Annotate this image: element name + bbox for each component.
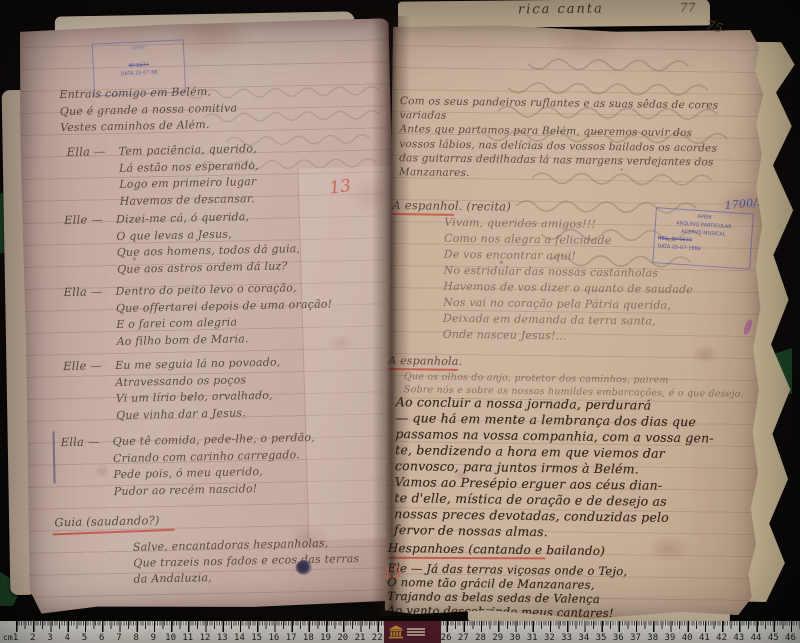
ruler-number: 5	[76, 633, 93, 643]
ruler-number: 17	[283, 633, 300, 643]
ruler-number: 28	[472, 633, 489, 643]
ruler-number: 33	[558, 633, 575, 643]
red-margin-number-15: 15	[382, 563, 402, 582]
ruler-number: 32	[541, 633, 558, 643]
badge-text-lines	[407, 627, 425, 638]
ruler-number: 1	[7, 633, 24, 643]
purple-ink-mark	[742, 318, 753, 335]
ruler-number: 19	[317, 633, 334, 643]
verse-lines: Dizei-me cá, ó querida,O que levas a Jes…	[116, 208, 301, 278]
verse-line: Pudor ao recém nascido!	[114, 479, 317, 500]
ruler-number: 34	[575, 633, 592, 643]
ruler-number: 18	[300, 633, 317, 643]
speaker-label: Ella —	[63, 284, 110, 351]
stamp-reg: Nº 1577	[128, 62, 149, 69]
verse-line: Que aos astros ordem dá luz?	[117, 258, 301, 278]
ruler-number: 38	[644, 633, 661, 643]
ruler-number: 20	[334, 633, 351, 643]
ruler-number: 40	[679, 633, 696, 643]
ruler-number: 16	[265, 633, 282, 643]
ruler-number: 3	[41, 633, 58, 643]
ruler-number: 12	[196, 633, 213, 643]
ruler-number: 45	[765, 633, 782, 643]
verse-line: Que vinha dar a Jesus.	[116, 404, 282, 424]
ruler-number: 46	[782, 633, 799, 643]
ruler-number: 44	[747, 633, 764, 643]
red-underline	[392, 213, 454, 216]
heading-hespanhoes: Hespanhoes (cantando e bailando)	[388, 541, 606, 558]
ruler-number: 4	[59, 633, 76, 643]
ruler-number: 37	[627, 633, 644, 643]
verse-line: Havemos de descansar.	[120, 190, 260, 209]
speaker-label: Elle —	[64, 212, 111, 279]
heading-espanhola: A espanhola.	[388, 354, 462, 368]
ruler-number: 14	[231, 633, 248, 643]
ruler-number: 7	[110, 633, 127, 643]
ruler-number: 39	[661, 633, 678, 643]
manuscript-photo: rica canta 77 APEM Nº 1577 DATA 25 07 88…	[0, 0, 800, 643]
speaker-label: Ella —	[67, 144, 114, 211]
ruler-number: 42	[713, 633, 730, 643]
verse-lines: Tem paciência, querido,Lá estão nos espe…	[118, 141, 259, 210]
heading-espanhol: A espanhol. (recita)	[392, 198, 511, 214]
verse-line: Vestes caminhos de Além.	[60, 116, 238, 136]
cue-guia: Guia (saudando?)	[54, 513, 159, 529]
verse-lines: Eu me seguia lá no povoado,Atravessando …	[115, 355, 282, 424]
left-page: APEM Nº 1577 DATA 25 07 88 Entrais comig…	[18, 18, 402, 614]
stamp-org: APEM	[96, 43, 180, 55]
speaker-label: Ella —	[61, 434, 108, 501]
dialogue-block-ella-1: Ella — Tem paciência, querido,Lá estão n…	[67, 141, 260, 211]
ruler-number: 36	[610, 633, 627, 643]
red-underline	[53, 529, 175, 536]
ruler-number: 31	[524, 633, 541, 643]
verse-line: da Andaluzia,	[133, 567, 360, 588]
ruler-number: 43	[730, 633, 747, 643]
ruler-number: 6	[93, 633, 110, 643]
dialogue-block-elle-1: Elle — Dizei-me cá, ó querida,O que leva…	[64, 208, 301, 279]
paragraph-1: Com os seus pandeiros ruflantes e as sua…	[399, 94, 719, 184]
right-page: Com os seus pandeiros ruflantes e as sua…	[385, 24, 765, 621]
red-underline	[388, 557, 546, 560]
verse-1: Vivam, queridos amigos!!!Como nos alegra…	[443, 215, 694, 346]
verse-lines: Dentro do peito levo o coração,Que offer…	[115, 279, 333, 350]
ruler-number: 8	[128, 633, 145, 643]
margin-mark	[52, 431, 55, 483]
ruler-number: 2	[24, 633, 41, 643]
ruler-number: 29	[489, 633, 506, 643]
museum-logo-badge	[384, 621, 441, 643]
dialogue-block-ella-2: Ella — Dentro do peito levo o coração,Qu…	[63, 279, 333, 351]
red-page-number-13: 13	[328, 176, 352, 199]
ruler-number: 13	[214, 633, 231, 643]
verse-lines: Que tê comida, pede-lhe, o perdão,Criand…	[113, 430, 317, 500]
poem-intro: Entrais comigo em Belém,Que é grande a n…	[59, 83, 237, 136]
underpage-title-strip: rica canta 77	[398, 0, 710, 29]
ruler-number: 11	[179, 633, 196, 643]
verse-line: Vi um lírio belo, orvalhado,	[116, 388, 282, 408]
ruler-number: 27	[455, 633, 472, 643]
verse-2: Ele — Já das terras viçosas onde o Tejo,…	[387, 561, 628, 620]
closing-verse: Salve, encantadoras hespanholas,Que traz…	[133, 535, 360, 588]
speaker-label: Elle —	[63, 358, 110, 425]
paragraph-3: Ao concluir a nossa jornada, perdurará— …	[394, 394, 714, 542]
measuring-ruler: cm 1234567891011121314151617181920212223…	[0, 621, 800, 643]
behind-page-number: 77	[680, 1, 696, 15]
behind-page-title: rica canta	[518, 1, 604, 17]
ruler-number: 35	[592, 633, 609, 643]
dialogue-block-elle-2: Elle — Eu me seguia lá no povoado,Atrave…	[63, 355, 282, 426]
ruler-number: 41	[696, 633, 713, 643]
ruler-number: 15	[248, 633, 265, 643]
ruler-number: 9	[145, 633, 162, 643]
ruler-number: 21	[351, 633, 368, 643]
dialogue-block-ella-3: Ella — Que tê comida, pede-lhe, o perdão…	[61, 430, 317, 501]
ruler-number: 10	[162, 633, 179, 643]
museum-building-icon	[388, 625, 404, 639]
verse-line: Eu me seguia lá no povoado,	[115, 355, 281, 375]
ruler-number: 30	[506, 633, 523, 643]
